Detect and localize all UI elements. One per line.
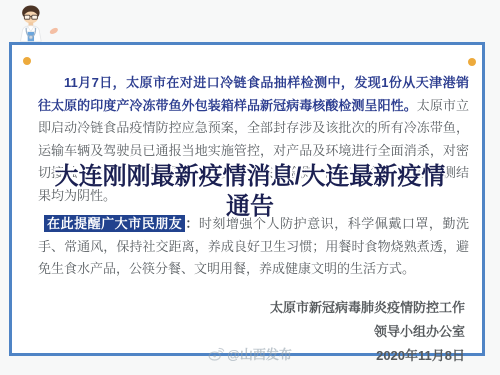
corner-dot-left-icon <box>23 57 31 65</box>
corner-dot-right-icon <box>468 58 476 66</box>
signature-line-1: 太原市新冠病毒肺炎疫情防控工作 <box>38 296 465 320</box>
doctor-mascot-icon <box>15 2 61 44</box>
notice-lead-text: 11月7日，太原市在对进口冷链食品抽样检测中，发现1份从天津港销往太原的印度产冷… <box>38 75 469 113</box>
notice-paragraph-2: 在此提醒广大市民朋友：时刻增强个人防护意识，科学佩戴口罩，勤洗手、常通风，保持社… <box>38 213 469 281</box>
watermark-text: @山西发布 <box>227 344 292 363</box>
post-image: 11月7日，太原市在对进口冷链食品抽样检测中，发现1份从天津港销往太原的印度产冷… <box>0 0 500 375</box>
overlay-headline: 大连刚刚最新疫情消息/大连最新疫情通告 <box>54 162 446 222</box>
signature-line-2: 领导小组办公室 <box>38 320 465 344</box>
watermark: @山西发布 <box>208 344 292 363</box>
weibo-logo-icon <box>208 347 224 361</box>
